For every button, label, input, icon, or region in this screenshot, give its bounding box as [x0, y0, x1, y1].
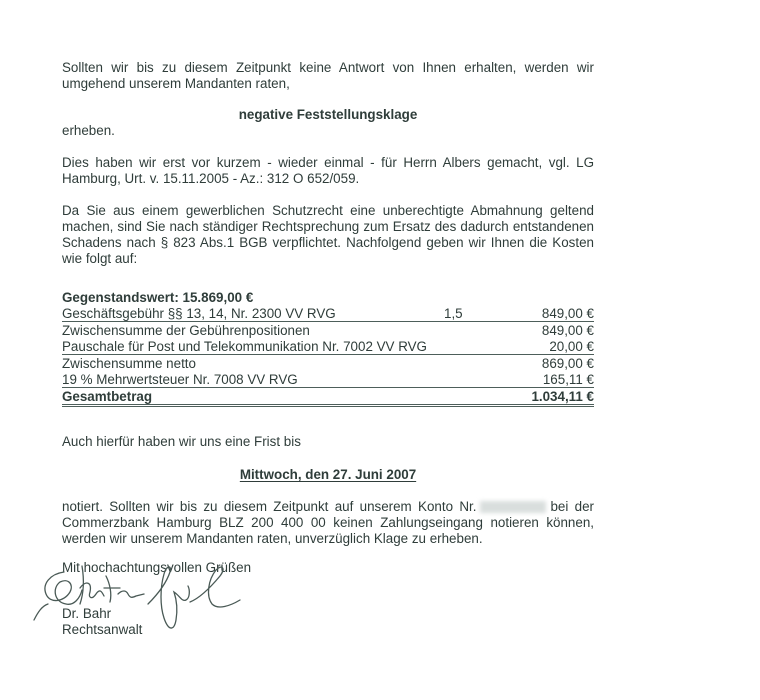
cost-factor [444, 338, 504, 355]
text-line: Sollten wir bis zu diesem Zeitpunkt kein… [62, 60, 594, 76]
cost-label: Geschäftsgebühr §§ 13, 14, Nr. 2300 VV R… [62, 305, 444, 322]
table-row: Geschäftsgebühr §§ 13, 14, Nr. 2300 VV R… [62, 305, 594, 322]
cost-factor [444, 355, 504, 372]
redacted-account-number [480, 501, 546, 513]
text-line: werden wir unserem Mandanten raten, unve… [62, 531, 594, 547]
text-segment: bei der [550, 499, 594, 514]
cost-label: 19 % Mehrwertsteuer Nr. 7008 VV RVG [62, 371, 444, 388]
gegenstandswert: Gegenstandswert: 15.869,00 € [62, 289, 594, 305]
text-line: Hamburg, Urt. v. 15.11.2005 - Az.: 312 O… [62, 171, 594, 187]
paragraph-erheben: erheben. [62, 123, 594, 139]
text-line: Da Sie aus einem gewerblichen Schutzrech… [62, 203, 594, 219]
table-row: Pauschale für Post und Telekommunikation… [62, 338, 594, 355]
table-row: 19 % Mehrwertsteuer Nr. 7008 VV RVG 165,… [62, 371, 594, 388]
cost-factor [444, 371, 504, 388]
text-line: Auch hierfür haben wir uns eine Frist bi… [62, 434, 594, 450]
total-label: Gesamtbetrag [62, 388, 444, 406]
text-line: umgehend unserem Mandanten raten, [62, 76, 594, 92]
cost-table: Gegenstandswert: 15.869,00 € Geschäftsge… [62, 289, 594, 407]
cost-label: Zwischensumme netto [62, 355, 444, 372]
total-row: Gesamtbetrag 1.034,11 € [62, 388, 594, 406]
text-line: Commerzbank Hamburg BLZ 200 400 00 keine… [62, 515, 594, 531]
paragraph-deadline-intro: Auch hierfür haben wir uns eine Frist bi… [62, 434, 594, 450]
deadline-date: Mittwoch, den 27. Juni 2007 [62, 467, 594, 483]
cost-amount: 849,00 € [504, 305, 594, 322]
total-amount: 1.034,11 € [504, 388, 594, 406]
signer-name: Dr. Bahr [62, 606, 142, 622]
total-factor [444, 388, 504, 406]
cost-label: Zwischensumme der Gebührenpositionen [62, 322, 444, 339]
cost-amount: 20,00 € [504, 338, 594, 355]
paragraph-payment: notiert. Sollten wir bis zu diesem Zeitp… [62, 499, 594, 547]
signer-block: Dr. Bahr Rechtsanwalt [62, 606, 142, 638]
table-row: Zwischensumme der Gebührenpositionen 849… [62, 322, 594, 339]
headline-negative-feststellungsklage: negative Feststellungsklage [62, 107, 594, 123]
text-line: machen, sind Sie nach ständiger Rechtspr… [62, 219, 594, 235]
table-row: Zwischensumme netto 869,00 € [62, 355, 594, 372]
text-line: Schadens nach § 823 Abs.1 BGB verpflicht… [62, 235, 594, 251]
cost-amount: 165,11 € [504, 371, 594, 388]
signer-title: Rechtsanwalt [62, 622, 142, 638]
text-line: wie folgt auf: [62, 251, 594, 267]
cost-amount: 869,00 € [504, 355, 594, 372]
paragraph-reference-case: Dies haben wir erst vor kurzem - wieder … [62, 155, 594, 187]
cost-heading-row: Gegenstandswert: 15.869,00 € [62, 289, 594, 305]
text-line: notiert. Sollten wir bis zu diesem Zeitp… [62, 499, 594, 515]
cost-amount: 849,00 € [504, 322, 594, 339]
cost-label: Pauschale für Post und Telekommunikation… [62, 338, 444, 355]
paragraph-liability: Da Sie aus einem gewerblichen Schutzrech… [62, 203, 594, 267]
text-line: erheben. [62, 123, 594, 139]
paragraph-response-warning: Sollten wir bis zu diesem Zeitpunkt kein… [62, 60, 594, 92]
cost-factor: 1,5 [444, 305, 504, 322]
text-line: Dies haben wir erst vor kurzem - wieder … [62, 155, 594, 171]
text-segment: notiert. Sollten wir bis zu diesem Zeitp… [62, 499, 476, 514]
cost-factor [444, 322, 504, 339]
